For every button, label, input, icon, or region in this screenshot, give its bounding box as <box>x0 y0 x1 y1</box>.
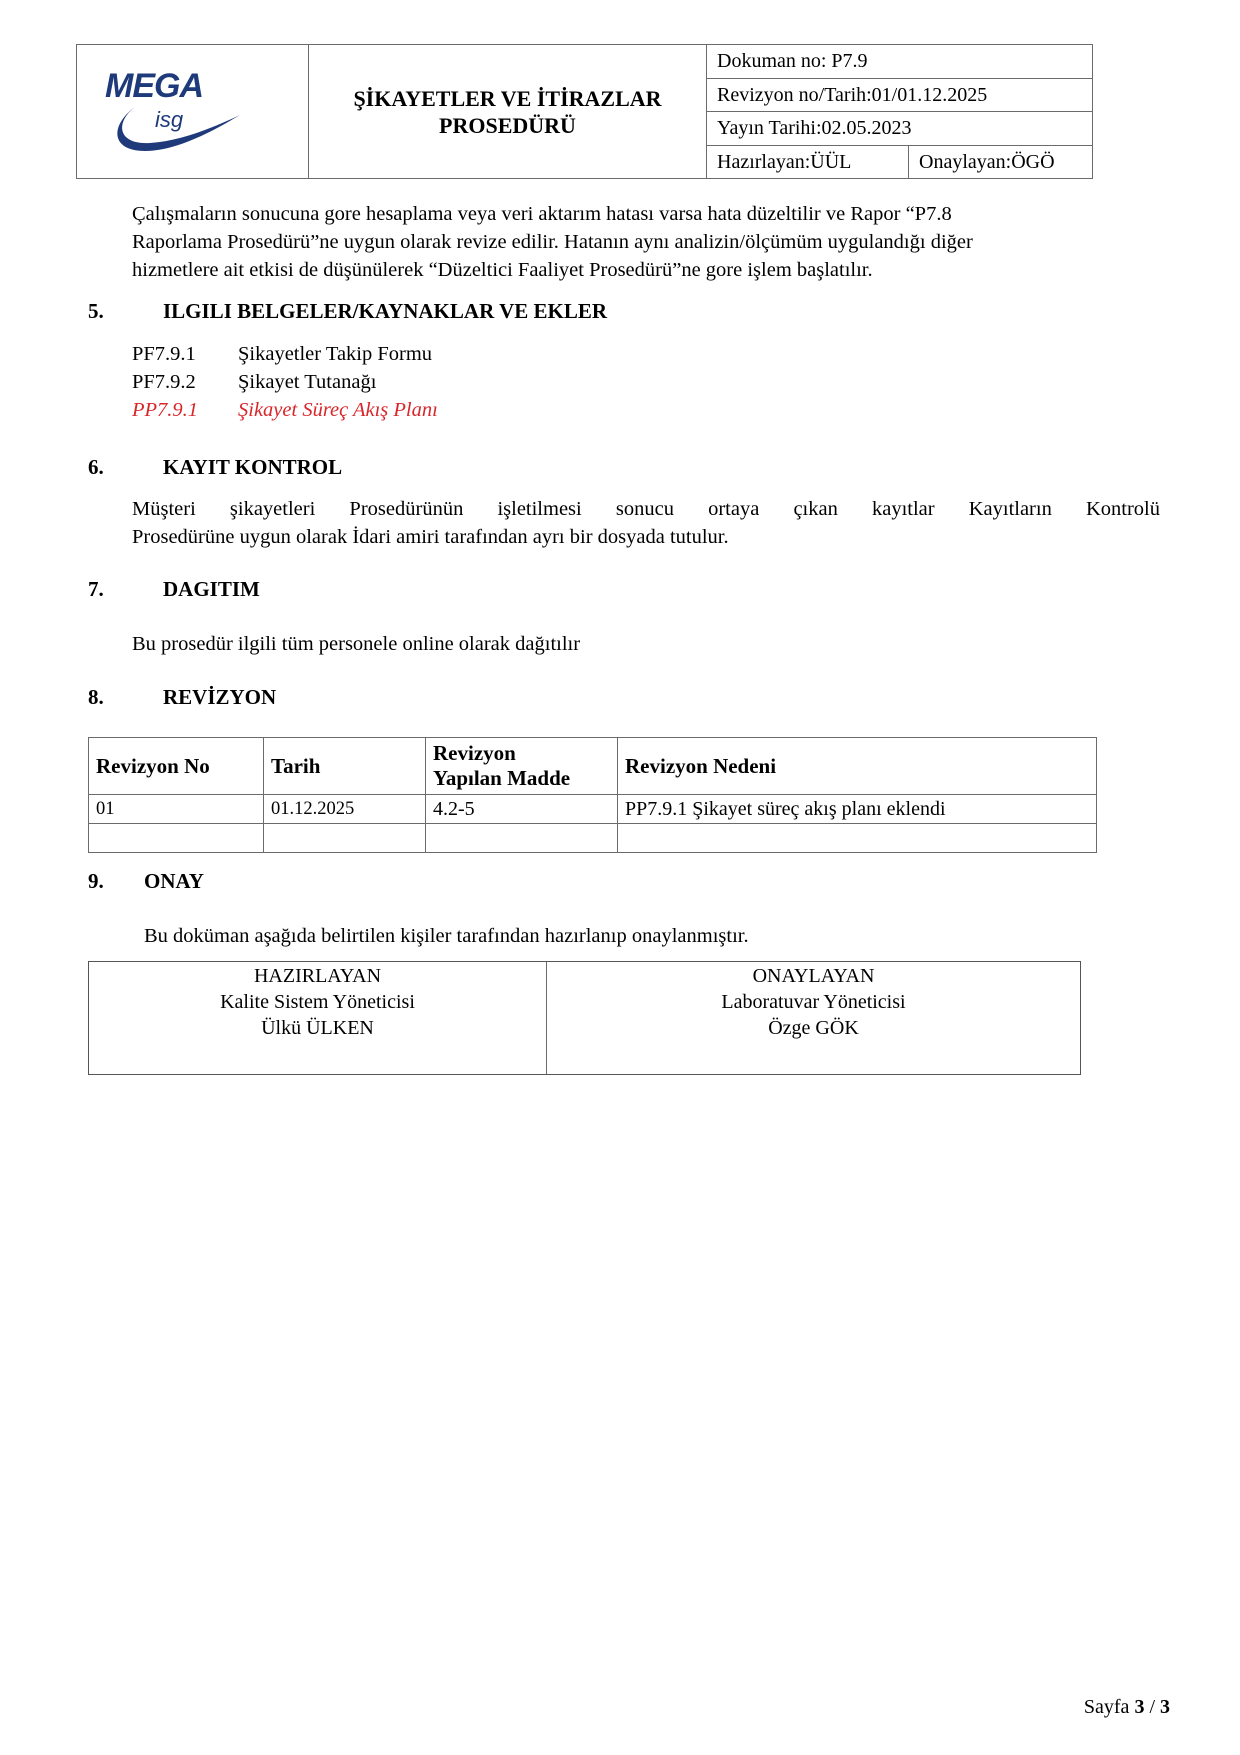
section-title: ILGILI BELGELER/KAYNAKLAR VE EKLER <box>163 299 607 324</box>
prepared-name: Ülkü ÜLKEN <box>89 1015 546 1041</box>
section-title: REVİZYON <box>163 685 276 710</box>
intro-line: hizmetlere ait etkisi de düşünülerek “Dü… <box>132 256 1158 284</box>
section-number: 8. <box>88 685 104 710</box>
list-item: PF7.9.2Şikayet Tutanağı <box>132 368 438 396</box>
section-5-heading: 5. ILGILI BELGELER/KAYNAKLAR VE EKLER <box>88 299 788 327</box>
intro-line: Raporlama Prosedürü”ne uygun olarak revi… <box>132 228 1158 256</box>
table-cell <box>618 824 1097 853</box>
doc-number: Dokuman no: P7.9 <box>707 45 1092 79</box>
section-7-heading: 7. DAGITIM <box>88 577 788 605</box>
table-cell <box>89 824 264 853</box>
doc-name: Şikayetler Takip Formu <box>238 343 432 365</box>
approved-name: Özge GÖK <box>547 1015 1080 1041</box>
document-header-table: MEGA isg ŞİKAYETLER VE İTİRAZLAR PROSEDÜ… <box>76 44 1093 179</box>
approved-role: ONAYLAYAN <box>547 963 1080 989</box>
document-title: ŞİKAYETLER VE İTİRAZLAR PROSEDÜRÜ <box>309 45 707 178</box>
table-cell: 01 <box>89 795 264 824</box>
section-number: 6. <box>88 455 104 480</box>
column-header-line: Yapılan Madde <box>433 766 610 791</box>
approval-table: HAZIRLAYAN Kalite Sistem Yöneticisi Ülkü… <box>88 961 1081 1075</box>
paragraph-line: Prosedürüne uygun olarak İdari amiri tar… <box>132 523 1160 551</box>
logo-cell: MEGA isg <box>77 45 309 178</box>
paragraph-line: Müşteri şikayetleri Prosedürünün işletil… <box>132 495 1160 523</box>
table-cell: 01.12.2025 <box>264 795 426 824</box>
table-row <box>89 824 1097 853</box>
table-cell: 4.2-5 <box>426 795 618 824</box>
prepared-column: HAZIRLAYAN Kalite Sistem Yöneticisi Ülkü… <box>89 962 547 1074</box>
intro-paragraph: Çalışmaların sonucuna gore hesaplama vey… <box>132 200 1158 284</box>
list-item-highlighted: PP7.9.1Şikayet Süreç Akış Planı <box>132 396 438 424</box>
table-cell <box>426 824 618 853</box>
document-meta: Dokuman no: P7.9 Revizyon no/Tarih:01/01… <box>707 45 1092 178</box>
column-header: Tarih <box>264 738 426 795</box>
section-title: KAYIT KONTROL <box>163 455 342 480</box>
section-8-heading: 8. REVİZYON <box>88 685 788 713</box>
section-number: 5. <box>88 299 104 324</box>
prepared-position: Kalite Sistem Yöneticisi <box>89 989 546 1015</box>
section-6-heading: 6. KAYIT KONTROL <box>88 455 788 483</box>
column-header: Revizyon No <box>89 738 264 795</box>
section-number: 9. <box>88 869 104 894</box>
publish-date: Yayın Tarihi:02.05.2023 <box>707 112 1092 146</box>
approval-text: Bu doküman aşağıda belirtilen kişiler ta… <box>144 922 749 950</box>
related-documents-list: PF7.9.1Şikayetler Takip Formu PF7.9.2Şik… <box>132 340 438 424</box>
column-header: Revizyon Yapılan Madde <box>426 738 618 795</box>
approved-position: Laboratuvar Yöneticisi <box>547 989 1080 1015</box>
prepared-role: HAZIRLAYAN <box>89 963 546 989</box>
doc-name: Şikayet Süreç Akış Planı <box>238 399 438 421</box>
total-pages: 3 <box>1160 1696 1170 1718</box>
doc-code: PF7.9.2 <box>132 368 238 396</box>
title-line-1: ŞİKAYETLER VE İTİRAZLAR <box>353 85 661 112</box>
distribution-text: Bu prosedür ilgili tüm personele online … <box>132 630 580 658</box>
approved-column: ONAYLAYAN Laboratuvar Yöneticisi Özge GÖ… <box>547 962 1080 1074</box>
table-header-row: Revizyon No Tarih Revizyon Yapılan Madde… <box>89 738 1097 795</box>
company-logo: MEGA isg <box>105 67 245 157</box>
logo-sub-text: isg <box>155 107 183 133</box>
doc-code: PF7.9.1 <box>132 340 238 368</box>
approved-by: Onaylayan:ÖGÖ <box>909 146 1055 180</box>
table-cell: PP7.9.1 Şikayet süreç akış planı eklendi <box>618 795 1097 824</box>
record-control-paragraph: Müşteri şikayetleri Prosedürünün işletil… <box>132 495 1160 551</box>
table-cell <box>264 824 426 853</box>
revision-info: Revizyon no/Tarih:01/01.12.2025 <box>707 79 1092 113</box>
section-title: DAGITIM <box>163 577 260 602</box>
page-separator: / <box>1149 1696 1155 1718</box>
intro-line: Çalışmaların sonucuna gore hesaplama vey… <box>132 200 1158 228</box>
column-header: Revizyon Nedeni <box>618 738 1097 795</box>
current-page: 3 <box>1134 1696 1144 1718</box>
list-item: PF7.9.1Şikayetler Takip Formu <box>132 340 438 368</box>
title-line-2: PROSEDÜRÜ <box>439 112 576 139</box>
doc-name: Şikayet Tutanağı <box>238 371 376 393</box>
prepared-by: Hazırlayan:ÜÜL <box>707 146 909 180</box>
revision-table: Revizyon No Tarih Revizyon Yapılan Madde… <box>88 737 1097 853</box>
page-number: Sayfa 3 / 3 <box>1084 1696 1170 1719</box>
page-label: Sayfa <box>1084 1696 1130 1718</box>
section-9-heading: 9. ONAY <box>88 869 788 897</box>
signoff-row: Hazırlayan:ÜÜL Onaylayan:ÖGÖ <box>707 146 1092 180</box>
column-header-line: Revizyon <box>433 741 610 766</box>
doc-code: PP7.9.1 <box>132 396 238 424</box>
section-number: 7. <box>88 577 104 602</box>
section-title: ONAY <box>144 869 204 894</box>
table-row: 01 01.12.2025 4.2-5 PP7.9.1 Şikayet süre… <box>89 795 1097 824</box>
